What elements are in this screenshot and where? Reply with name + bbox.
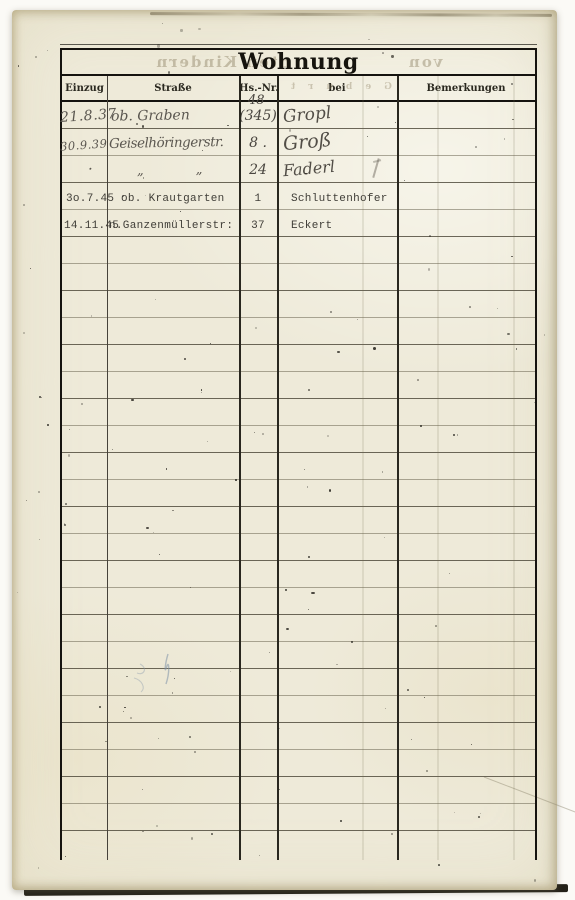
cell-bei — [277, 480, 397, 506]
cell-value: n.Ganzenmüllerstr: — [109, 213, 233, 239]
cell-hsnr — [239, 588, 277, 614]
cell-bei — [277, 237, 397, 263]
torn-edge — [150, 12, 552, 16]
cell-einzug: 21.8.37 — [62, 102, 107, 128]
cell-hsnr: 37 — [239, 210, 277, 236]
cell-value: „ „ — [137, 157, 203, 184]
cell-strasse — [107, 750, 239, 776]
cell-bei — [277, 750, 397, 776]
paper-speck — [391, 55, 393, 57]
paper-speck — [184, 358, 186, 361]
paper-speck — [191, 837, 193, 840]
paper-speck — [289, 129, 291, 132]
cell-hsnr — [239, 264, 277, 290]
cell-strasse — [107, 723, 239, 749]
cell-hsnr — [239, 696, 277, 722]
cell-value: ob. Graben — [111, 102, 190, 129]
cell-hsnr: 48(345) — [239, 102, 277, 128]
table-row — [62, 399, 535, 426]
cell-strasse — [107, 318, 239, 344]
cell-strasse: ob. Krautgarten — [107, 183, 239, 209]
cell-hsnr — [239, 750, 277, 776]
cell-bei — [277, 534, 397, 560]
table-row: 14.11.45n.Ganzenmüllerstr:37Eckert — [62, 210, 535, 237]
cell-einzug — [62, 264, 107, 290]
table-row — [62, 804, 535, 831]
paper-speck — [112, 449, 113, 450]
cell-einzug — [62, 399, 107, 425]
paper-speck — [507, 333, 509, 335]
cell-bei — [277, 507, 397, 533]
cell-bei — [277, 777, 397, 803]
scanned-page: von nten Kindern Wohnung Einzug Straße H… — [0, 0, 575, 900]
cell-strasse: Geiselhöringerstr. — [107, 129, 239, 155]
cell-bei — [277, 453, 397, 479]
cell-bei — [277, 696, 397, 722]
paper-speck — [26, 500, 27, 501]
paper-speck — [142, 789, 143, 790]
cell-einzug — [62, 372, 107, 398]
cell-einzug — [62, 426, 107, 452]
cell-hsnr — [239, 480, 277, 506]
cell-value: ob. Krautgarten — [121, 186, 225, 212]
table-row — [62, 480, 535, 507]
paper-speck — [38, 867, 40, 869]
cell-bei: Schluttenhofer — [277, 183, 397, 209]
cell-strasse — [107, 561, 239, 587]
cell-hsnr — [239, 345, 277, 371]
table-row — [62, 507, 535, 534]
column-divider — [397, 76, 399, 860]
paper-speck — [478, 816, 480, 818]
table-title-row: von nten Kindern Wohnung — [62, 50, 535, 76]
paper-speck — [428, 268, 430, 271]
cell-einzug — [62, 615, 107, 641]
paper-speck — [438, 864, 439, 866]
cell-einzug: 3o.7.45 — [62, 183, 107, 209]
cell-einzug: 30.9.39 — [62, 129, 107, 155]
cell-hsnr — [239, 291, 277, 317]
cell-bei — [277, 804, 397, 830]
paper-speck — [41, 397, 42, 398]
cell-hsnr — [239, 507, 277, 533]
cell-value: 1 — [255, 186, 262, 212]
cell-hsnr — [239, 777, 277, 803]
cell-strasse: „ „ — [107, 156, 239, 182]
cell-hsnr — [239, 642, 277, 668]
cell-bei — [277, 561, 397, 587]
cell-strasse: ob. Graben — [107, 102, 239, 128]
cell-strasse — [107, 264, 239, 290]
paper-speck — [382, 52, 384, 54]
table-body: 21.8.37ob. Graben48(345)Gropl30.9.39Geis… — [62, 102, 535, 831]
paper-speck — [235, 479, 236, 481]
paper-speck — [311, 592, 315, 595]
cell-hsnr — [239, 561, 277, 587]
paper-speck — [420, 425, 422, 427]
paper-speck — [23, 204, 25, 206]
paper-speck — [142, 125, 144, 127]
cell-einzug: · — [62, 156, 107, 182]
paper-speck — [30, 268, 31, 269]
table-row: 3o.7.45ob. Krautgarten1Schluttenhofer — [62, 183, 535, 210]
cell-value: Eckert — [291, 213, 332, 239]
paper-speck — [68, 454, 70, 457]
table-row — [62, 345, 535, 372]
table-row: 30.9.39Geiselhöringerstr.8 .Groß — [62, 129, 535, 156]
residence-table: von nten Kindern Wohnung Einzug Straße H… — [60, 48, 537, 860]
paper-speck — [198, 28, 200, 30]
cell-strasse — [107, 399, 239, 425]
paper-speck — [368, 39, 370, 41]
cell-strasse — [107, 588, 239, 614]
paper-speck — [47, 50, 48, 51]
paper-speck — [304, 469, 305, 470]
cell-value: Gropl — [282, 100, 332, 130]
paper-speck — [278, 728, 280, 729]
cell-einzug — [62, 588, 107, 614]
paper-speck — [407, 689, 409, 691]
cell-hsnr — [239, 237, 277, 263]
paper-speck — [307, 486, 309, 488]
cell-value: 8 . — [249, 130, 267, 156]
paper-speck — [357, 319, 358, 320]
cell-hsnr — [239, 399, 277, 425]
cell-strasse — [107, 777, 239, 803]
cell-strasse — [107, 804, 239, 830]
cell-hsnr — [239, 453, 277, 479]
table-row — [62, 318, 535, 345]
cell-bei — [277, 723, 397, 749]
paper-speck — [180, 211, 181, 212]
cell-strasse — [107, 534, 239, 560]
cell-hsnr — [239, 669, 277, 695]
cell-bei: Gropl — [277, 102, 397, 128]
cell-bei — [277, 345, 397, 371]
cell-hsnr — [239, 372, 277, 398]
cell-hsnr: 1 — [239, 183, 277, 209]
paper-speck — [156, 825, 158, 827]
column-divider — [277, 76, 279, 860]
column-header-strasse: Straße — [107, 76, 239, 100]
paper-speck — [449, 573, 450, 574]
column-divider — [239, 76, 241, 860]
cell-einzug — [62, 291, 107, 317]
paper: von nten Kindern Wohnung Einzug Straße H… — [12, 10, 557, 890]
cell-bei: Eckert — [277, 210, 397, 236]
table-row — [62, 264, 535, 291]
cell-value: Geiselhöringerstr. — [109, 129, 224, 157]
cell-strasse: n.Ganzenmüllerstr: — [107, 210, 239, 236]
table-row — [62, 723, 535, 750]
cell-einzug — [62, 534, 107, 560]
paper-speck — [471, 744, 472, 745]
paper-speck — [23, 332, 25, 335]
cell-einzug — [62, 750, 107, 776]
cell-strasse — [107, 480, 239, 506]
ink-smudge — [124, 650, 184, 700]
paper-speck — [65, 856, 66, 857]
cell-hsnr — [239, 615, 277, 641]
paper-speck — [411, 739, 412, 740]
paper-speck — [475, 146, 476, 148]
cell-bei — [277, 588, 397, 614]
cell-einzug: 14.11.45 — [62, 210, 107, 236]
cell-bei — [277, 318, 397, 344]
cell-strasse — [107, 291, 239, 317]
cell-einzug — [62, 723, 107, 749]
paper-speck — [429, 235, 431, 237]
table-row — [62, 561, 535, 588]
paper-speck — [158, 738, 159, 739]
paper-speck — [155, 299, 156, 300]
cell-strasse — [107, 372, 239, 398]
paper-speck — [35, 56, 37, 58]
paper-speck — [145, 195, 146, 196]
table-row — [62, 588, 535, 615]
cell-einzug — [62, 561, 107, 587]
table-row — [62, 615, 535, 642]
paper-speck — [162, 23, 164, 24]
bleedthrough-text: G e b u r t — [280, 82, 398, 92]
cell-bei: Groß — [277, 129, 397, 155]
cell-value: Schluttenhofer — [291, 186, 388, 212]
cell-einzug — [62, 804, 107, 830]
paper-speck — [417, 379, 419, 381]
table-row — [62, 291, 535, 318]
paper-speck — [330, 311, 332, 313]
house-number-above: 48 — [248, 88, 265, 114]
paper-speck — [39, 539, 40, 540]
paper-speck — [534, 879, 536, 882]
column-divider — [107, 76, 108, 860]
paper-speck — [305, 173, 307, 175]
paper-speck — [207, 441, 208, 442]
table-row — [62, 372, 535, 399]
cell-einzug — [62, 777, 107, 803]
cell-bei — [277, 399, 397, 425]
cell-strasse — [107, 345, 239, 371]
paper-speck — [377, 106, 379, 108]
paper-speck — [38, 491, 40, 493]
cell-value: Faderl — [282, 154, 336, 184]
table-row — [62, 777, 535, 804]
bleedthrough-line — [513, 76, 515, 860]
cell-hsnr — [239, 426, 277, 452]
paper-speck — [130, 717, 132, 719]
paper-speck — [172, 692, 173, 693]
table-row — [62, 696, 535, 723]
paper-speck — [159, 554, 160, 555]
paper-speck — [454, 812, 455, 813]
paper-speck — [64, 524, 66, 526]
cell-value: 37 — [251, 213, 265, 239]
paper-speck — [172, 510, 173, 511]
paper-speck — [136, 123, 137, 124]
paper-speck — [285, 589, 287, 590]
cell-value: · — [87, 156, 94, 182]
cell-einzug — [62, 480, 107, 506]
paper-speck — [180, 29, 182, 31]
paper-speck — [340, 820, 342, 822]
cell-einzug — [62, 237, 107, 263]
table-row: ·„ „24Faderl — [62, 156, 535, 183]
cell-einzug — [62, 642, 107, 668]
cell-bei — [277, 372, 397, 398]
cell-einzug — [62, 345, 107, 371]
table-row — [62, 534, 535, 561]
cell-hsnr — [239, 534, 277, 560]
cell-einzug — [62, 669, 107, 695]
paper-speck — [17, 592, 18, 593]
cell-einzug — [62, 453, 107, 479]
table-row — [62, 426, 535, 453]
page-title: Wohnung — [62, 50, 535, 74]
cell-strasse — [107, 237, 239, 263]
paper-speck — [18, 65, 20, 67]
bleedthrough-line — [437, 76, 439, 860]
cell-value: 24 — [249, 157, 267, 183]
cell-bei — [277, 264, 397, 290]
cell-hsnr: 24 — [239, 156, 277, 182]
table-row — [62, 750, 535, 777]
paper-speck — [131, 399, 133, 401]
table-row — [62, 453, 535, 480]
column-header-einzug: Einzug — [62, 76, 107, 100]
paper-speck — [544, 334, 546, 336]
paper-speck — [211, 833, 213, 835]
paper-speck — [174, 678, 176, 679]
cell-hsnr — [239, 804, 277, 830]
table-header-row: Einzug Straße Hs.-Nr. bei Bemerkungen G … — [62, 76, 535, 102]
paper-speck — [286, 628, 288, 630]
table-row: 21.8.37ob. Graben48(345)Gropl — [62, 102, 535, 129]
cell-hsnr: 8 . — [239, 129, 277, 155]
paper-speck — [516, 348, 517, 350]
bleedthrough-line — [362, 76, 364, 860]
cell-strasse — [107, 453, 239, 479]
cell-einzug — [62, 318, 107, 344]
paper-speck — [384, 537, 385, 538]
cell-bei — [277, 291, 397, 317]
cell-bei — [277, 615, 397, 641]
paper-speck — [168, 71, 170, 74]
cell-bei — [277, 669, 397, 695]
paper-speck — [47, 424, 48, 425]
cell-strasse — [107, 426, 239, 452]
paper-speck — [391, 833, 393, 835]
cell-strasse — [107, 615, 239, 641]
cell-hsnr — [239, 723, 277, 749]
table-row — [62, 237, 535, 264]
cell-bei — [277, 426, 397, 452]
cell-einzug — [62, 696, 107, 722]
cell-hsnr — [239, 318, 277, 344]
cell-einzug — [62, 507, 107, 533]
paper-speck — [308, 389, 310, 391]
